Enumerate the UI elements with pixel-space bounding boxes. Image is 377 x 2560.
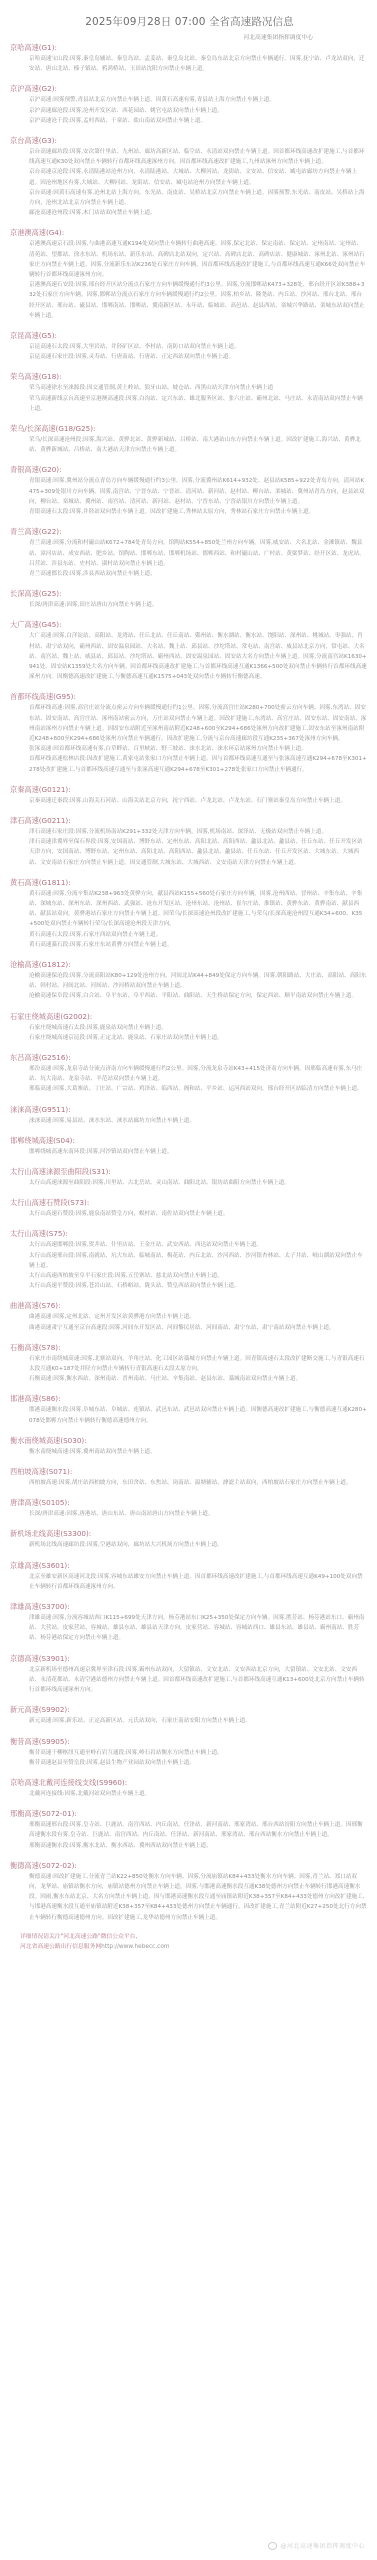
watermark-text: @河北高速集团指挥调度中心 [280, 2543, 365, 2550]
road-section: 京德高速(S3901):北京新机场至德州高速京冀界至津石段:因雾,霸州东站双向，… [10, 1653, 369, 1696]
road-section: 京昆高速(G5):京昆高速石太段:因雾,大里岩站、井陉矿区站、李村站、南防口站双… [10, 330, 369, 362]
road-notice-paragraph: 京沪高速:因雾预警,青县站北京方向禁止车辆上道。因黄石高速有雾,青县站上海方向禁… [10, 95, 369, 105]
road-notice-paragraph: 邢衡高速衡水段:因雾,衡水北站、衡水西站、冀州西站双向禁止车辆上道。 [10, 1841, 369, 1851]
road-section-title: 西柏坡高速(S071): [10, 1466, 369, 1477]
road-notice-paragraph: 北戴河连接线:因雾,北戴河站双向禁止车辆上道。 [10, 1789, 369, 1799]
road-section: 涞涞高速(G9511):涞涞高速:因雾,易县站、涞水东站、涞水站廊坊方向禁止车辆… [10, 1104, 369, 1126]
road-notice-paragraph: 京昆高速石太段:因雾,大里岩站、井陉矿区站、李村站、南防口站双向禁止车辆上道。 [10, 342, 369, 352]
road-notice-paragraph: 衡水南绕城高速:因雾,冀州南站双向禁止车辆上道。 [10, 1447, 369, 1457]
road-notice-paragraph: 大广高速:因雾,白洋淀站、高阳站、龙湾站、任丘北站、任丘南站、鄚州站、衡水湖站、… [10, 631, 369, 682]
road-section: 太行山高速涞源至曲阳段(S31):太行山高速涞源至曲阳段:因雾,川里站、古北岳站… [10, 1166, 369, 1188]
road-section-title: 京台高速(G3): [10, 135, 369, 146]
road-notice-paragraph: 青兰高速:因雾,分流和村磁山站K672+784处青岛方向，馆陶站K554+850… [10, 538, 369, 569]
road-section-title: 石衡高速(S78): [10, 1342, 369, 1353]
road-section-title: 衡德高速(S072-02): [10, 1860, 369, 1871]
road-section-title: 京昆高速(G5): [10, 330, 369, 341]
road-section-title: 新机场北线高速(S3300): [10, 1528, 369, 1539]
road-notice-paragraph: 京港澳高速京石段:因雾,与曲港高速互通K194处双向禁止车辆转行曲港高速。因雾,… [10, 239, 369, 280]
footer-url-link[interactable]: http://www.hebecc.com [101, 1944, 169, 1950]
road-notice-paragraph: 西柏坡高速:因雾,胡庄站西柏坡方向，东田舍站、东焦站、岗南站、温塘辅站、滹滤主站… [10, 1478, 369, 1488]
road-section: 石衡高速(S78):石家庄市南绕城高速:因雾,北寨站双向，羊角庄站、化工园区站藁… [10, 1342, 369, 1385]
road-notice-paragraph: 青银高速:因雾,冀州站分流点青岛方向车辆缓慢通行约3公里。因雾,分流冀州站K61… [10, 476, 369, 507]
road-section-title: 太行山高速(S75): [10, 1228, 369, 1239]
road-section-title: 东吕高速(G2516): [10, 1052, 369, 1063]
road-section: 京哈高速北戴河连接线支线(S9960):北戴河连接线:因雾,北戴河站双向禁止车辆… [10, 1777, 369, 1799]
road-notice-paragraph: 京台高速京沧段:因雾,永清陆港站沧州方向，永清陆港站、大城站、大柳河站、龙街站、… [10, 167, 369, 187]
road-section: 沧榆高速(G1812):沧榆高速保沧段:因雾,分流高阳站K80+129处沧州方向… [10, 959, 369, 1002]
road-notice-paragraph: 首都环线高速:因雾,高官庄站分流点密云方向车辆缓慢通行约1公里。因雾,分流高官庄… [10, 703, 369, 744]
road-notice-paragraph: 涞涞高速:因雾,易县站、涞水东站、涞水站廊坊方向禁止车辆上道。 [10, 1116, 369, 1126]
road-notice-paragraph: 北京新机场至德州高速京冀界至津石段:因雾,霸州东站双向，大留镇站、文安北站、文安… [10, 1665, 369, 1696]
road-notice-paragraph: 新元高速:因雾,新乐站、正定高新区站、元氏站双向，石家庄南站安阳方向禁止车辆上道… [10, 1716, 369, 1726]
road-section-title: 唐津高速(S0105): [10, 1497, 369, 1508]
road-notice-paragraph: 京哈高速宝山段:因雾,秦皇岛辅站、秦皇岛站、孟姜站、秦皇岛北站、秦皇岛东站北京方… [10, 54, 369, 74]
road-notice-paragraph: 太行山高速平赞段:因雾,苍岩山站、石桥峪站、陇头站、赞皇西站双向禁止车辆上道。 [10, 1281, 369, 1291]
road-section: 京沪高速(G2):京沪高速:因雾预警,青县站北京方向禁止车辆上道。因黄石高速有雾… [10, 83, 369, 126]
road-notice-paragraph: 京昆高速石家庄段:因雾,灵寿站、行唐南站、行唐站、正定西站双向禁止车辆上道。 [10, 352, 369, 362]
road-notice-paragraph: 首都环线高速松林店段:因改扩建施工,黄家屯站张家口方向禁止车辆上道。因与首都环线… [10, 754, 369, 774]
road-notice-paragraph: 邯郸绕城高速东南环段:因雾,河沙镇站双向禁止车辆上道。 [10, 1147, 369, 1157]
road-section-title: 石家庄绕城高速(G2002): [10, 1011, 369, 1022]
road-section: 京秦高速(G0121):京秦高速迁秦段:因雾,山海关石河站、山海关站北京方向，抚… [10, 784, 369, 806]
road-section-title: 大广高速(G45): [10, 619, 369, 630]
road-section-title: 青兰高速(G22): [10, 526, 369, 537]
road-notice-paragraph: 石衡高速:因雾,衡水西站、深州南站、晋州南站、马庄站、辛集南站、赵县东站、藁城南… [10, 1374, 369, 1384]
road-notice-paragraph: 衡昔高速赵县至赞皇段:因雾,赵县生物产业园站双向禁止车辆上道。 [10, 1758, 369, 1768]
road-section: 太行山高速(S75):太行山高速邯郸段:因雾,贺井站、什里店站、王金庄站、武安西… [10, 1228, 369, 1291]
road-section: 邯港高速(S86):邯港高速衡水段:因雾,阜城东站、阜城站、连镇站、武邑东站、武… [10, 1393, 369, 1425]
road-section: 黄石高速(G1811):黄石高速:因雾,分流辛集站K238+963处黄骅方向，献… [10, 877, 369, 950]
road-section: 唐津高速(S0105):长深/唐津高速:因雾,唐港站、唐山东站、唐山南站唐山方向… [10, 1497, 369, 1519]
road-notice-paragraph: 太行山高速涞源至曲阳段:因雾,川里站、古北岳站、灵山南站、曲阳北站、银坊站曲阳方… [10, 1178, 369, 1188]
road-section-title: 首都环线高速(G95): [10, 691, 369, 702]
road-section: 青银高速(G20):青银高速:因雾,冀州站分流点青岛方向车辆缓慢通行约3公里。因… [10, 464, 369, 517]
section-list: 京哈高速(G1):京哈高速宝山段:因雾,秦皇岛辅站、秦皇岛站、孟姜站、秦皇岛北站… [10, 42, 369, 1923]
road-section-title: 衡昔高速(S9905): [10, 1736, 369, 1747]
road-notice-paragraph: 石家庄绕城高速京昆段:因雾,正定北站、鹿泉站、石家庄站双向禁止车辆上道。 [10, 1033, 369, 1043]
road-notice-paragraph: 曲港高速:因雾,定州北站、定州开发区站黄骅港方向禁止车辆上道。 [10, 1312, 369, 1322]
road-notice-paragraph: 北京至雄安新区高速河北段:因雾,容城东站雄安方向禁止车辆上道。因首都环线高速改扩… [10, 1572, 369, 1592]
road-notice-paragraph: 张涿高速:因首都环线高速有雾,白草畔站、百里峡站、野三坡站、涞水北站、涞水环京站… [10, 744, 369, 754]
road-section: 京台高速(G3):京台高速廊坊段:因雾,安次第什里站、九州站、廊坊高新区站、临空… [10, 135, 369, 218]
road-section: 首都环线高速(G95):首都环线高速:因雾,高官庄站分流点密云方向车辆缓慢通行约… [10, 691, 369, 774]
road-notice-paragraph: 黄石高速:因雾,分流辛集站K238+963处黄骅方向，献县西站K155+560处… [10, 889, 369, 930]
road-notice-paragraph: 石家庄绕城高速石太段:因雾,鹿泉站双向禁止车辆上道。 [10, 1023, 369, 1033]
road-notice-paragraph: 新机场北线高速廊坊段:因雾,空港站双向，廊坊站大兴机场方向禁止车辆上道。 [10, 1540, 369, 1550]
road-section-title: 邯郸绕城高速(S04): [10, 1135, 369, 1146]
weibo-watermark: @河北高速集团指挥调度中心 [268, 2541, 365, 2551]
road-notice-paragraph: 石家庄市南绕城高速:因雾,北寨站双向，羊角庄站、化工园区站藁城方向禁止车辆上道。… [10, 1354, 369, 1374]
road-notice-paragraph: 太行山高速西柏坡至阜平石家庄段:因雾,五岳寨站、慈北站双向禁止车辆上道。 [10, 1271, 369, 1281]
road-section-title: 京德高速(S3901): [10, 1653, 369, 1664]
road-conditions-document: 2025年09月28日 07:00 全省高速路况信息 河北高速集团指挥调度中心 … [0, 0, 377, 1952]
road-section-title: 涞涞高速(G9511): [10, 1104, 369, 1115]
road-section: 荣乌/长深高速(G18/G25):荣乌/长深高速沧州段:因雾,海兴站、黄骅北站、… [10, 423, 369, 455]
road-section: 津石高速(G0211):津石高速石家庄段:因雾,分流机场南站K291+332处天… [10, 815, 369, 868]
road-notice-paragraph: 太行山高速石赞段:因雾,鹿泉南站赞皇方向，蜈村站、南佐站双向禁止车辆上道。 [10, 1209, 369, 1219]
road-notice-paragraph: 太行山高速邢台段:因雾,南就站、坑大东站、临城南站、梅花站、内丘北站、沙河西站、… [10, 1251, 369, 1271]
road-section-title: 沧榆高速(G1812): [10, 959, 369, 970]
road-notice-paragraph: 邢衡高速邢台段:因雾,皇寺站、巨鹿站、南宫西站、内丘南站、任泽站、新河南站、邢家… [10, 1820, 369, 1840]
road-section: 东吕高速(G2516):邢汾高速:因雾,龙泉寺站分流点济南方向车辆缓慢通行约2公… [10, 1052, 369, 1095]
road-section: 衡水南绕城高速(S030):衡水南绕城高速:因雾,冀州南站双向禁止车辆上道。 [10, 1435, 369, 1457]
road-section: 石家庄绕城高速(G2002):石家庄绕城高速石太段:因雾,鹿泉站双向禁止车辆上道… [10, 1011, 369, 1043]
road-section-title: 衡水南绕城高速(S030): [10, 1435, 369, 1446]
road-notice-paragraph: 京台高速:因黄石高速有雾,沧州北站上海方向，东光站、南皮站、吴桥站北京方向禁止车… [10, 188, 369, 208]
road-section-title: 曲港高速(S76): [10, 1300, 369, 1311]
road-notice-paragraph: 沧榆高速保阜段:因雾,白合站、阜平东站、阜平西站、平阳站、曲阳站、天生桥站保定方… [10, 991, 369, 1001]
road-section: 太行山高速石赞段(S73):太行山高速石赞段:因雾,鹿泉南站赞皇方向，蜈村站、南… [10, 1197, 369, 1219]
road-section-title: 京秦高速(G0121): [10, 784, 369, 795]
footer-site-name: 河北省高速公路出行信息服务网 [20, 1944, 101, 1950]
road-notice-paragraph: 京秦高速迁秦段:因雾,山海关石河站、山海关站北京方向，抚宁西站、卢龙北站、卢龙东… [10, 796, 369, 806]
road-notice-paragraph: 荣乌高速徐水至涞源段:因交通管制,黄土岭站、狼牙山站、坡仓站、西黑山站天津方向禁… [10, 383, 369, 393]
road-notice-paragraph: 京沪高速沧千段:因雾,孟村西站、千童站、盐山南站双向禁止车辆上道。 [10, 116, 369, 126]
road-section-title: 黄石高速(G1811): [10, 877, 369, 888]
road-section-title: 邯港高速(S86): [10, 1393, 369, 1404]
road-section: 邯郸绕城高速(S04):邯郸绕城高速东南环段:因雾,河沙镇站双向禁止车辆上道。 [10, 1135, 369, 1157]
road-notice-paragraph: 曲港高速肃宁互通至京台高速段:因雾,河间东开发区站、河间黎民居站、河间南站、肃宁… [10, 1323, 369, 1333]
road-section-title: 荣乌/长深高速(G18/G25): [10, 423, 369, 434]
road-section-title: 京沪高速(G2): [10, 83, 369, 94]
road-section-title: 邢衡高速(S072-01): [10, 1808, 369, 1819]
road-notice-paragraph: 津石高速津冀界至保石界段:因雾,安国南站、博野东站、定州东站、高阳北站、高阳西站… [10, 837, 369, 868]
road-notice-paragraph: 京沪高速廊沧段:因雾,沧州开发区站、西花园站、姚官屯站双向禁止车辆上道。 [10, 106, 369, 116]
road-notice-paragraph: 廊沧高速沧州段:因雾,木门店站双向禁止车辆上道。 [10, 208, 369, 218]
road-section-title: 京雄高速(S3601): [10, 1560, 369, 1571]
footer-line-2: 河北省高速公路出行信息服务网http://www.hebecc.com [20, 1942, 369, 1952]
road-section-title: 京港澳高速(G4): [10, 227, 369, 238]
road-section: 青兰高速(G22):青兰高速:因雾,分流和村磁山站K672+784处青岛方向，馆… [10, 526, 369, 579]
road-section-title: 新元高速(S9902): [10, 1704, 369, 1715]
road-notice-paragraph: 京港澳高速石安段:因雾,邢台经开区站分流点石家庄方向车辆缓慢通行约3公里。因雾,… [10, 280, 369, 321]
road-section: 曲港高速(S76):曲港高速:因雾,定州北站、定州开发区站黄骅港方向禁止车辆上道… [10, 1300, 369, 1332]
footer: 详细情况请关注"河北高速公路"微信公众平台、 河北省高速公路出行信息服务网htt… [10, 1932, 369, 1952]
road-section: 衡德高速(S072-02):衡德高速:因改扩建施工,分流青兰站K22+850处衡… [10, 1860, 369, 1923]
page-title: 2025年09月28日 07:00 全省高速路况信息 [10, 14, 369, 29]
footer-line-1: 详细情况请关注"河北高速公路"微信公众平台、 [20, 1932, 369, 1942]
road-notice-paragraph: 衡昔高速干柳枢纽互通至岭石岩互通段:因雾,岭石岩站衡水方向禁止车辆上道。 [10, 1748, 369, 1758]
road-notice-paragraph: 京台高速廊坊段:因雾,安次第什里站、九州站、廊坊高新区站、临空站、永清站双向禁止… [10, 147, 369, 167]
road-notice-paragraph: 青银高速石太段:因雾,井陉站双向禁止车辆上道。因改扩建施工,秀林站太原方向，秀林… [10, 507, 369, 517]
road-section: 新元高速(S9902):新元高速:因雾,新乐站、正定高新区站、元氏站双向，石家庄… [10, 1704, 369, 1726]
road-section-title: 青银高速(G20): [10, 464, 369, 475]
road-notice-paragraph: 津雄高速:因雾,分流容城站西口K115+699处天津方向，杨芬港站东口K25+3… [10, 1613, 369, 1644]
road-notice-paragraph: 荣乌高速新线京台高速至京港澳高速段:因雾,白沟站、定兴东站、雄北服务区站、张六庄… [10, 394, 369, 414]
road-notice-paragraph: 黄石高速藁石段:因雾,石家庄东站黄骅方向禁止车辆上道。 [10, 940, 369, 950]
road-section: 新机场北线高速(S3300):新机场北线高速廊坊段:因雾,空港站双向，廊坊站大兴… [10, 1528, 369, 1550]
road-section-title: 长深高速(G25): [10, 588, 369, 599]
road-notice-paragraph: 邢汾高速:因雾,龙泉寺站分流点济南方向车辆缓慢通行约2公里。因雾,分流龙泉寺站K… [10, 1064, 369, 1084]
road-section-title: 太行山高速涞源至曲阳段(S31): [10, 1166, 369, 1177]
road-notice-paragraph: 青兰高速邯长段:因雾,涉县西站双向禁止车辆上道。 [10, 569, 369, 579]
road-section: 长深高速(G25):长深/唐津高速:因雾,田庄站唐山方向禁止车辆上道。 [10, 588, 369, 610]
road-notice-paragraph: 太行山高速邯郸段:因雾,贺井站、什里店站、王金庄站、武安西站、西达站双向禁止车辆… [10, 1240, 369, 1250]
road-notice-paragraph: 长深/唐津高速:因雾,唐港站、唐山东站、唐山南站唐山方向禁止车辆上道。 [10, 1509, 369, 1519]
road-section: 邢衡高速(S072-01):邢衡高速邢台段:因雾,皇寺站、巨鹿站、南宫西站、内丘… [10, 1808, 369, 1851]
road-notice-paragraph: 邯港高速衡水段:因雾,阜城东站、阜城站、连镇站、武邑东站、武邑站双向禁止车辆上道… [10, 1405, 369, 1425]
road-section: 津雄高速(S3700):津雄高速:因雾,分流容城站西口K115+699处天津方向… [10, 1601, 369, 1644]
road-section-title: 京哈高速(G1): [10, 42, 369, 53]
road-section-title: 津雄高速(S3700): [10, 1601, 369, 1612]
issuer-label: 河北高速集团指挥调度中心 [10, 32, 369, 41]
road-section-title: 京哈高速北戴河连接线支线(S9960): [10, 1777, 369, 1788]
road-notice-paragraph: 衡德高速:因改扩建施工,分流青兰站K22+850处衡水方向车辆。因雾,分流庙镇站… [10, 1872, 369, 1923]
road-notice-paragraph: 荣乌/长深高速沧州段:因雾,海兴站、黄骅北站、黄骅新城站、吕桥站、南大港站山东方… [10, 435, 369, 455]
road-section-title: 津石高速(G0211): [10, 815, 369, 826]
road-section: 京港澳高速(G4):京港澳高速京石段:因雾,与曲港高速互通K194处双向禁止车辆… [10, 227, 369, 321]
road-section: 荣乌高速(G18):荣乌高速徐水至涞源段:因交通管制,黄土岭站、狼牙山站、坡仓站… [10, 371, 369, 414]
road-notice-paragraph: 津石高速石家庄段:因雾,分流机场南站K291+332处天津方向车辆。因雾,机场南… [10, 827, 369, 837]
road-section: 大广高速(G45):大广高速:因雾,白洋淀站、高阳站、龙湾站、任丘北站、任丘南站… [10, 619, 369, 682]
weibo-icon [268, 2542, 277, 2550]
road-section: 西柏坡高速(S071):西柏坡高速:因雾,胡庄站西柏坡方向，东田舍站、东焦站、岗… [10, 1466, 369, 1488]
road-section-title: 荣乌高速(G18): [10, 371, 369, 382]
road-section: 衡昔高速(S9905):衡昔高速干柳枢纽互通至岭石岩互通段:因雾,岭石岩站衡水方… [10, 1736, 369, 1768]
road-notice-paragraph: 沧榆高速保沧段:因雾,分流高阳站K80+129处沧州方向，河间北站K44+849… [10, 971, 369, 991]
road-section-title: 太行山高速石赞段(S73): [10, 1197, 369, 1208]
road-notice-paragraph: 长深/唐津高速:因雾,田庄站唐山方向禁止车辆上道。 [10, 600, 369, 610]
road-section: 京雄高速(S3601):北京至雄安新区高速河北段:因雾,容城东站雄安方向禁止车辆… [10, 1560, 369, 1592]
road-section: 京哈高速(G1):京哈高速宝山段:因雾,秦皇岛辅站、秦皇岛站、孟姜站、秦皇岛北站… [10, 42, 369, 74]
road-notice-paragraph: 黄石高速石太段:因雾,石家庄西站双向禁止车辆上道。 [10, 930, 369, 940]
road-notice-paragraph: 邢临高速:因雾,大葛寨站、丁庄站、广宗站、鸡泽站、临西站、阁和站、平乡站、运河西… [10, 1084, 369, 1094]
